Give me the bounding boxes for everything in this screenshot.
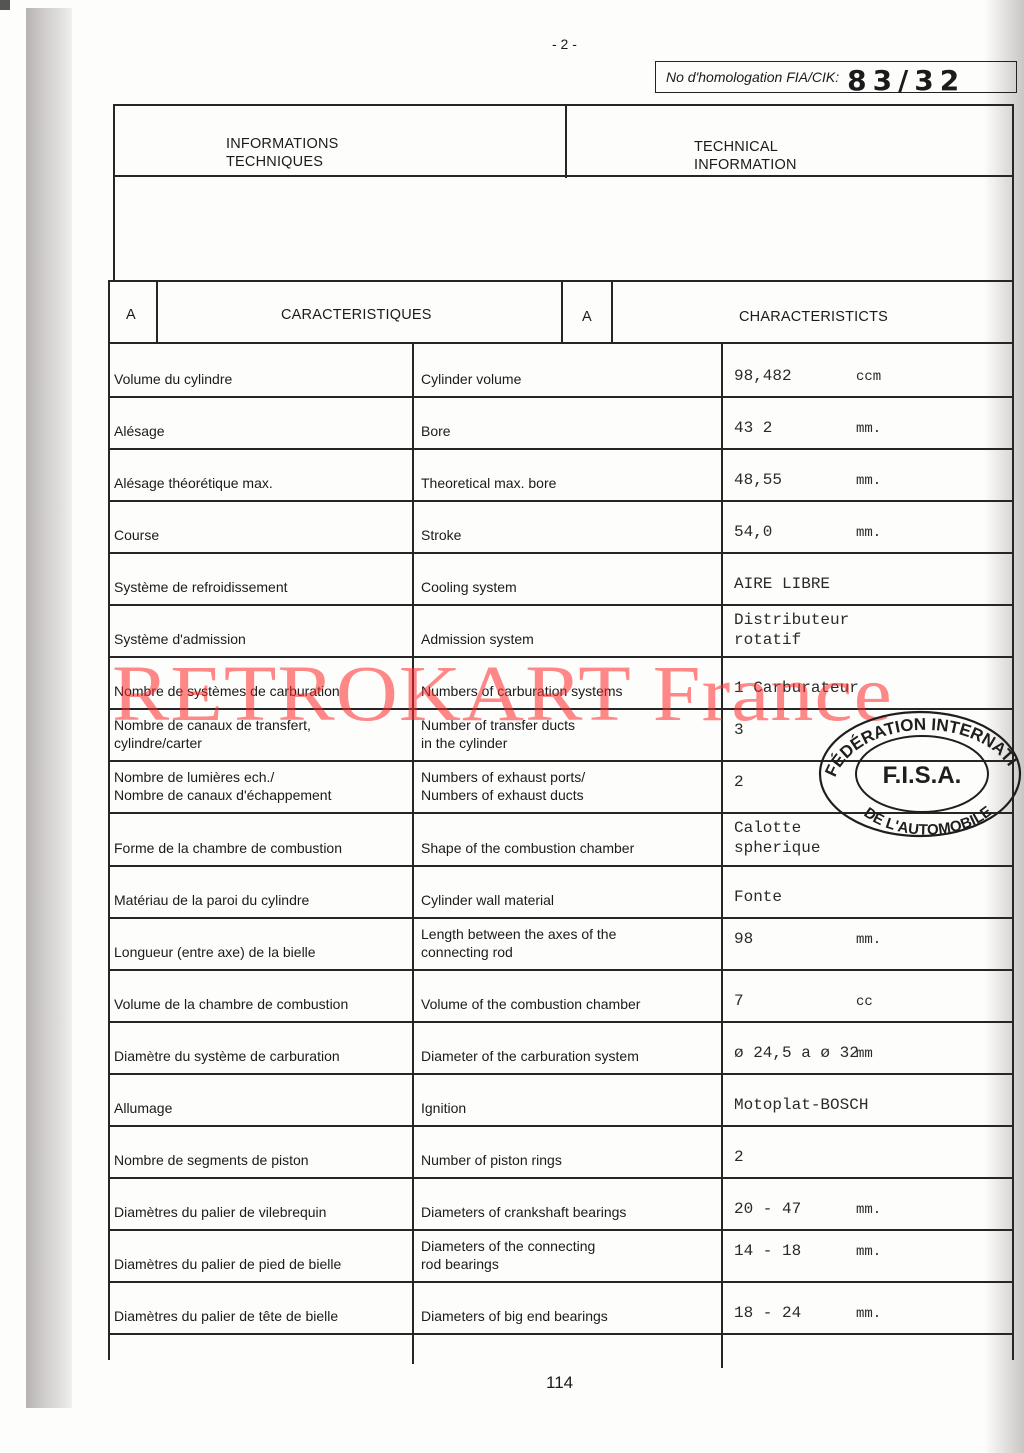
homologation-number: 83/32 [847, 67, 965, 95]
section-fr-title: CARACTERISTIQUES [281, 306, 432, 324]
rule [108, 1125, 1014, 1127]
row-value: 54,0 [734, 522, 772, 542]
rule [113, 175, 1014, 177]
rule [561, 280, 563, 344]
row-label-en: Numbers of exhaust ports/ Numbers of exh… [421, 768, 585, 804]
row-value: AIRE LIBRE [734, 574, 830, 594]
rule [108, 865, 1014, 867]
rule [721, 344, 723, 1368]
rule [108, 1281, 1014, 1283]
rule [156, 280, 158, 344]
row-label-fr: Alésage théorétique max. [114, 474, 273, 492]
row-label-fr: Nombre de systèmes de carburation [114, 682, 340, 700]
row-value: 14 - 18 [734, 1241, 801, 1261]
scan-binding-edge [26, 8, 72, 1408]
rule [108, 917, 1014, 919]
section-en-letter: A [582, 308, 592, 326]
stamp-center: F.I.S.A. [883, 762, 962, 789]
row-value: Calotte spherique [734, 818, 820, 858]
row-unit: mm. [856, 1244, 881, 1260]
row-value: 3 [734, 720, 744, 740]
row-label-fr: Course [114, 526, 159, 544]
row-value: 48,55 [734, 470, 782, 490]
row-value: 98 [734, 929, 753, 949]
row-label-en: Admission system [421, 630, 534, 648]
row-label-fr: Diamètres du palier de vilebrequin [114, 1203, 326, 1221]
row-value: 2 [734, 1147, 744, 1167]
row-label-en: Numbers of carburation systems [421, 682, 623, 700]
fisa-stamp: FÉDÉRATION INTERNATIONALE DE L'AUTOMOBIL… [812, 702, 1024, 844]
row-unit: mm. [856, 932, 881, 948]
row-label-en: Cooling system [421, 578, 517, 596]
row-label-fr: Allumage [114, 1099, 172, 1117]
row-label-en: Volume of the combustion chamber [421, 995, 640, 1013]
rule [108, 280, 110, 1360]
row-label-fr: Nombre de canaux de transfert, cylindre/… [114, 716, 311, 752]
rule [108, 1073, 1014, 1075]
row-label-fr: Nombre de segments de piston [114, 1151, 309, 1169]
row-label-fr: Longueur (entre axe) de la bielle [114, 943, 316, 961]
row-unit: mm. [856, 421, 881, 437]
svg-text:DE L'AUTOMOBILE: DE L'AUTOMOBILE [861, 803, 995, 839]
row-value: Fonte [734, 887, 782, 907]
section-fr-letter: A [126, 306, 136, 324]
row-label-en: Diameter of the carburation system [421, 1047, 639, 1065]
row-unit: mm [856, 1046, 873, 1062]
row-label-en: Ignition [421, 1099, 466, 1117]
rule [565, 104, 567, 178]
row-label-fr: Système d'admission [114, 630, 246, 648]
rule [113, 104, 1014, 106]
row-label-en: Number of transfer ducts in the cylinder [421, 716, 575, 752]
row-label-fr: Diamètres du palier de pied de bielle [114, 1255, 341, 1273]
row-unit: mm. [856, 473, 881, 489]
row-label-fr: Nombre de lumières ech./ Nombre de canau… [114, 768, 331, 804]
row-label-en: Bore [421, 422, 451, 440]
row-label-fr: Matériau de la paroi du cylindre [114, 891, 309, 909]
row-value: 7 [734, 991, 744, 1011]
rule [108, 552, 1014, 554]
row-label-fr: Volume de la chambre de combustion [114, 995, 348, 1013]
row-value: 1 Carburateur [734, 678, 859, 698]
row-label-en: Stroke [421, 526, 461, 544]
row-value: 2 [734, 772, 744, 792]
row-label-en: Cylinder wall material [421, 891, 554, 909]
homologation-box: No d'homologation FIA/CIK: 83/32 [655, 61, 1017, 93]
rule [108, 1177, 1014, 1179]
rule [108, 500, 1014, 502]
row-unit: mm. [856, 1202, 881, 1218]
row-label-en: Shape of the combustion chamber [421, 839, 634, 857]
row-unit: mm. [856, 525, 881, 541]
row-label-en: Diameters of the connecting rod bearings [421, 1237, 595, 1273]
rule [611, 280, 613, 344]
stamp-outer-bottom: DE L'AUTOMOBILE [861, 803, 995, 839]
row-label-en: Diameters of big end bearings [421, 1307, 608, 1325]
rule [108, 969, 1014, 971]
row-label-fr: Système de refroidissement [114, 578, 288, 596]
row-label-fr: Alésage [114, 422, 165, 440]
homologation-label: No d'homologation FIA/CIK: [666, 69, 839, 85]
row-value: Distributeur rotatif [734, 610, 849, 650]
row-label-en: Theoretical max. bore [421, 474, 556, 492]
rule [113, 104, 115, 280]
top-page-number: - 2 - [552, 36, 577, 52]
rule [108, 396, 1014, 398]
rule [108, 448, 1014, 450]
row-value: Motoplat-BOSCH [734, 1095, 868, 1115]
rule [108, 1229, 1014, 1231]
row-label-en: Cylinder volume [421, 370, 521, 388]
rule [412, 344, 414, 1364]
row-label-fr: Forme de la chambre de combustion [114, 839, 342, 857]
rule [108, 604, 1014, 606]
row-label-en: Length between the axes of the connectin… [421, 925, 616, 961]
row-label-en: Number of piston rings [421, 1151, 562, 1169]
row-label-fr: Volume du cylindre [114, 370, 232, 388]
row-label-en: Diameters of crankshaft bearings [421, 1203, 626, 1221]
rule [108, 1333, 1014, 1335]
row-value: 98,482 [734, 366, 792, 386]
bottom-page-number: 114 [546, 1373, 573, 1393]
scan-corner-mark [0, 0, 10, 10]
row-unit: ccm [856, 369, 881, 385]
rule [108, 1021, 1014, 1023]
rule [108, 656, 1014, 658]
row-value: 18 - 24 [734, 1303, 801, 1323]
header-fr-title: INFORMATIONS TECHNIQUES [226, 135, 339, 171]
section-en-title: CHARACTERISTICTS [739, 308, 888, 326]
row-unit: mm. [856, 1306, 881, 1322]
row-label-fr: Diamètre du système de carburation [114, 1047, 340, 1065]
row-unit: cc [856, 994, 873, 1010]
row-label-fr: Diamètres du palier de tête de bielle [114, 1307, 338, 1325]
row-value: 20 - 47 [734, 1199, 801, 1219]
row-value: ø 24,5 a ø 32 [734, 1043, 859, 1063]
header-en-title: TECHNICAL INFORMATION [694, 138, 797, 174]
row-value: 43 2 [734, 418, 772, 438]
